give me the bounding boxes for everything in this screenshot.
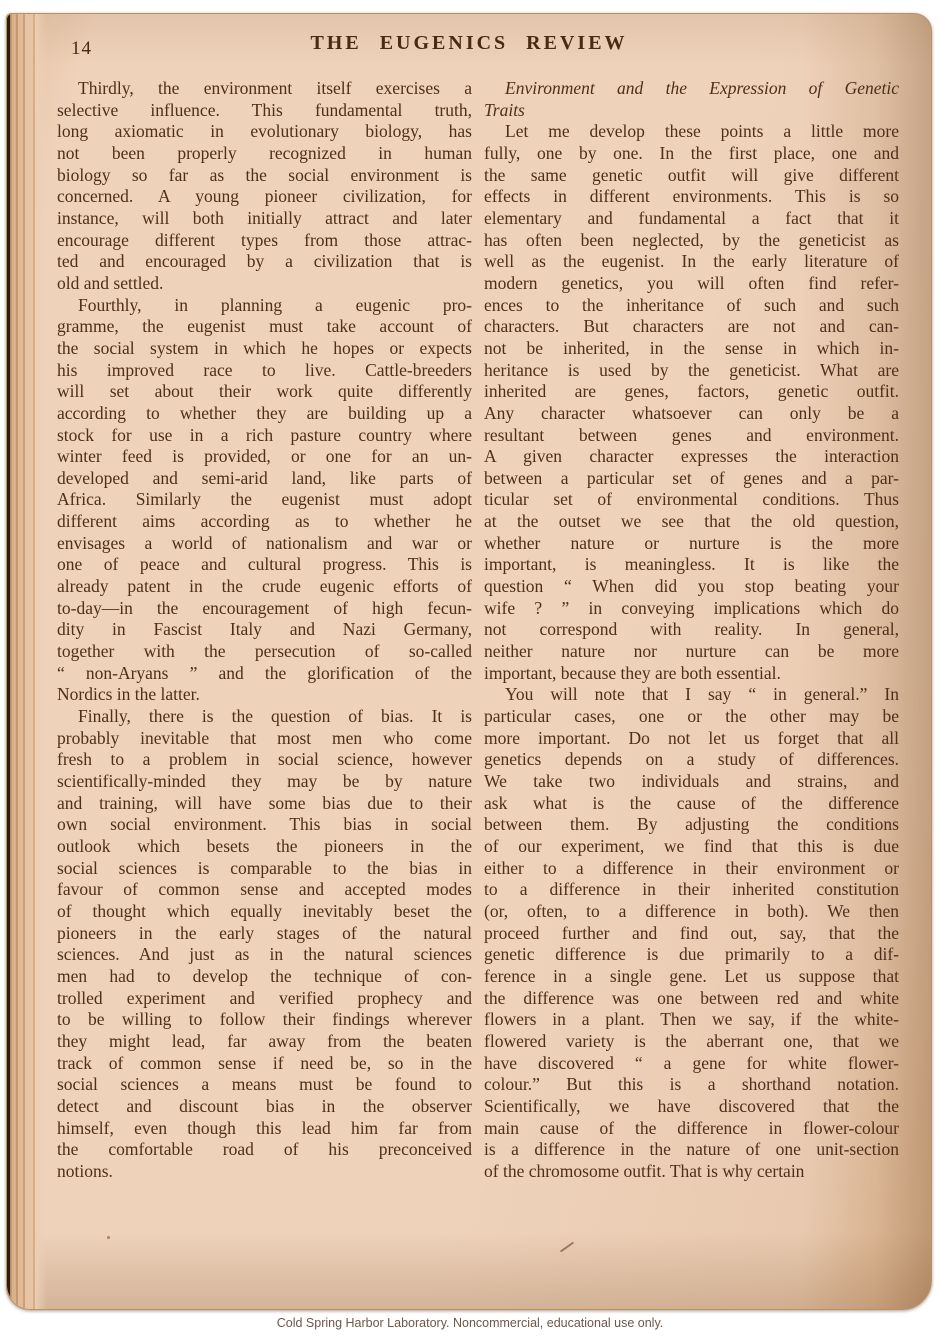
text-line: his improved race to live. Cattle-breede… [57,360,472,382]
text-line: ted and encouraged by a civilization tha… [57,251,472,273]
text-line: dity in Fascist Italy and Nazi Germany, [57,619,472,641]
text-line: together with the persecution of so-call… [57,641,472,663]
text-line: of our experiment, we find that this is … [484,836,899,858]
text-line: men had to develop the technique of con- [57,966,472,988]
text-line: flowered variety is the aberrant one, th… [484,1031,899,1053]
text-line: flowers in a plant. Then we say, if the … [484,1009,899,1031]
text-columns: Thirdly, the environment itself exercise… [57,78,899,1182]
text-line: Traits [484,100,899,122]
text-line: inherited are genes, factors, genetic ou… [484,381,899,403]
text-line: the social system in which he hopes or e… [57,338,472,360]
section-heading: Environment and the Expression of Geneti… [484,78,899,121]
text-line: and training, will have some bias due to… [57,793,472,815]
text-line: resultant between genes and environment. [484,425,899,447]
text-line: ticular set of environmental conditions.… [484,489,899,511]
text-line: heritance is used by the geneticist. Wha… [484,360,899,382]
text-line: (or, often, to a difference in both). We… [484,901,899,923]
text-line: outlook which besets the pioneers in the [57,836,472,858]
text-line: probably inevitable that most men who co… [57,728,472,750]
text-line: effects in different environments. This … [484,186,899,208]
text-line: modern genetics, you will often find ref… [484,273,899,295]
text-line: main cause of the difference in flower-c… [484,1118,899,1140]
text-line: colour.” But this is a shorthand notatio… [484,1074,899,1096]
text-line: whether nature or nurture is the more [484,533,899,555]
text-line: envisages a world of nationalism and war… [57,533,472,555]
text-line: important, is meaningless. It is like th… [484,554,899,576]
text-line: between a particular set of genes and a … [484,468,899,490]
text-line: long axiomatic in evolutionary biology, … [57,121,472,143]
text-line: old and settled. [57,273,472,295]
book-page: 14 THE EUGENICS REVIEW Thirdly, the envi… [6,13,932,1310]
text-line: A given character expresses the interact… [484,446,899,468]
stray-dot [107,1236,110,1239]
text-line: instance, will both initially attract an… [57,208,472,230]
text-line: encourage different types from those att… [57,230,472,252]
text-line: the comfortable road of his preconceived [57,1139,472,1161]
text-line: of the chromosome outfit. That is why ce… [484,1161,899,1183]
copyright-caption: Cold Spring Harbor Laboratory. Noncommer… [0,1316,940,1330]
text-line: have discovered “ a gene for white flowe… [484,1053,899,1075]
text-line: himself, even though this lead him far f… [57,1118,472,1140]
text-line: Africa. Similarly the eugenist must adop… [57,489,472,511]
text-line: different aims according as to whether h… [57,511,472,533]
text-line: one of peace and cultural progress. This… [57,554,472,576]
journal-title: THE EUGENICS REVIEW [310,32,627,55]
text-line: gramme, the eugenist must take account o… [57,316,472,338]
text-line: pioneers in the early stages of the natu… [57,923,472,945]
text-line: the difference was one between red and w… [484,988,899,1010]
text-line: stock for use in a rich pasture country … [57,425,472,447]
text-line: characters. But characters are not and c… [484,316,899,338]
text-line: favour of common sense and accepted mode… [57,879,472,901]
text-line: fresh to a problem in social science, ho… [57,749,472,771]
text-line: according to whether they are building u… [57,403,472,425]
page-number: 14 [71,38,92,60]
text-line: to a difference in their inherited const… [484,879,899,901]
text-line: concerned. A young pioneer civilization,… [57,186,472,208]
text-line: elementary and fundamental a fact that i… [484,208,899,230]
text-line: either to a difference in their environm… [484,858,899,880]
text-line: Fourthly, in planning a eugenic pro- [57,295,472,317]
text-line: own social environment. This bias in soc… [57,814,472,836]
text-line: at the outset we see that the old questi… [484,511,899,533]
text-line: already patent in the crude eugenic effo… [57,576,472,598]
text-line: particular cases, one or the other may b… [484,706,899,728]
text-line: not been properly recognized in human [57,143,472,165]
text-line: You will note that I say “ in general.” … [484,684,899,706]
book-pages-edge [7,14,47,1309]
paragraph: Thirdly, the environment itself exercise… [57,78,472,295]
paragraph: You will note that I say “ in general.” … [484,684,899,1182]
text-line: Any character whatsoever can only be a [484,403,899,425]
text-line: trolled experiment and verified prophecy… [57,988,472,1010]
text-line: proceed further and find out, say, that … [484,923,899,945]
text-line: scientifically-minded they may be by nat… [57,771,472,793]
text-line: genetics depends on a study of differenc… [484,749,899,771]
text-line: between them. By adjusting the condition… [484,814,899,836]
text-line: has often been neglected, by the genetic… [484,230,899,252]
running-head: 14 THE EUGENICS REVIEW [7,30,931,60]
text-line: sciences. And just as in the natural sci… [57,944,472,966]
paragraph: Finally, there is the question of bias. … [57,706,472,1182]
text-line: developed and semi-arid land, like parts… [57,468,472,490]
text-line: winter feed is provided, or one for an u… [57,446,472,468]
stray-mark [560,1242,574,1253]
column-left: Thirdly, the environment itself exercise… [57,78,472,1182]
text-line: Thirdly, the environment itself exercise… [57,78,472,100]
text-line: to-day—in the encouragement of high fecu… [57,598,472,620]
text-line: genetic difference is due primarily to a… [484,944,899,966]
text-line: of thought which equally inevitably bese… [57,901,472,923]
text-line: wife ? ” in conveying implications which… [484,598,899,620]
text-line: biology so far as the social environment… [57,165,472,187]
text-line: social sciences is comparable to the bia… [57,858,472,880]
text-line: not be inherited, in the sense in which … [484,338,899,360]
text-line: detect and discount bias in the observer [57,1096,472,1118]
text-line: ences to the inheritance of such and suc… [484,295,899,317]
text-line: question “ When did you stop beating you… [484,576,899,598]
text-line: notions. [57,1161,472,1183]
text-line: Finally, there is the question of bias. … [57,706,472,728]
text-line: ask what is the cause of the difference [484,793,899,815]
text-line: ference in a single gene. Let us suppose… [484,966,899,988]
text-line: selective influence. This fundamental tr… [57,100,472,122]
text-line: fully, one by one. In the first place, o… [484,143,899,165]
text-line: to be willing to follow their findings w… [57,1009,472,1031]
text-line: important, because they are both essenti… [484,663,899,685]
column-right: Environment and the Expression of Geneti… [484,78,899,1182]
text-line: more important. Do not let us forget tha… [484,728,899,750]
text-line: will set about their work quite differen… [57,381,472,403]
text-line: We take two individuals and strains, and [484,771,899,793]
paragraph: Fourthly, in planning a eugenic pro-gram… [57,295,472,706]
text-line: is a difference in the nature of one uni… [484,1139,899,1161]
text-line: Environment and the Expression of Geneti… [484,78,899,100]
text-line: social sciences a means must be found to [57,1074,472,1096]
text-line: the same genetic outfit will give differ… [484,165,899,187]
text-line: not correspond with reality. In general, [484,619,899,641]
paragraph: Let me develop these points a little mor… [484,121,899,684]
text-line: “ non-Aryans ” and the glorification of … [57,663,472,685]
text-line: they might lead, far away from the beate… [57,1031,472,1053]
text-line: Scientifically, we have discovered that … [484,1096,899,1118]
text-line: Let me develop these points a little mor… [484,121,899,143]
text-line: track of common sense if need be, so in … [57,1053,472,1075]
text-line: neither nature nor nurture can be more [484,641,899,663]
text-line: Nordics in the latter. [57,684,472,706]
text-line: well as the eugenist. In the early liter… [484,251,899,273]
